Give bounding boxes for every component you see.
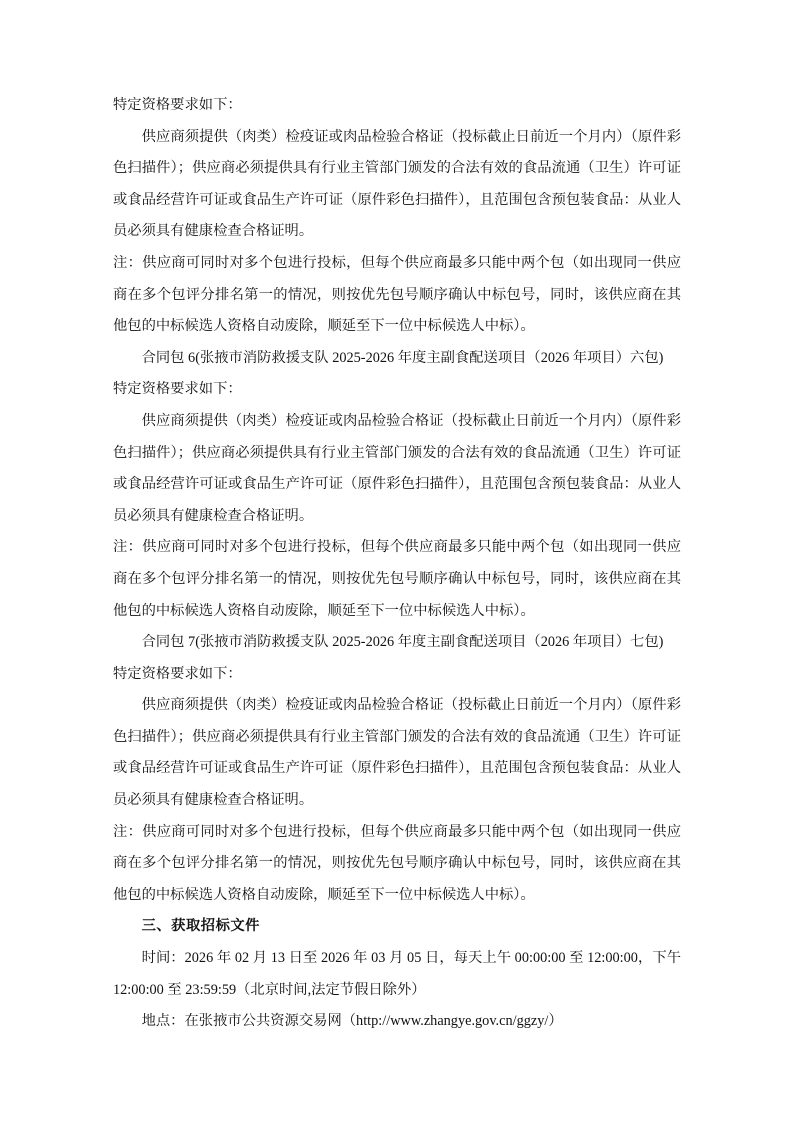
bid-document-location-paragraph: 地点：在张掖市公共资源交易网（http://www.zhangye.gov.cn… <box>113 1006 681 1038</box>
contract-package-7-title: 合同包 7(张掖市消防救援支队 2025-2026 年度主副食配送项目（2026… <box>113 627 681 659</box>
note-paragraph: 注：供应商可同时对多个包进行投标，但每个供应商最多只能中两个包（如出现同一供应商… <box>113 817 681 912</box>
contract-package-6-title: 合同包 6(张掖市消防救援支队 2025-2026 年度主副食配送项目（2026… <box>113 343 681 375</box>
supplier-requirement-paragraph: 供应商须提供（肉类）检疫证或肉品检验合格证（投标截止日前近一个月内）（原件彩色扫… <box>113 122 681 248</box>
document-page: 特定资格要求如下： 供应商须提供（肉类）检疫证或肉品检验合格证（投标截止日前近一… <box>0 0 793 1122</box>
note-paragraph: 注：供应商可同时对多个包进行投标，但每个供应商最多只能中两个包（如出现同一供应商… <box>113 248 681 343</box>
section-heading-obtain-bid-documents: 三、获取招标文件 <box>113 911 681 943</box>
supplier-requirement-paragraph: 供应商须提供（肉类）检疫证或肉品检验合格证（投标截止日前近一个月内）（原件彩色扫… <box>113 406 681 532</box>
bid-document-time-paragraph: 时间：2026 年 02 月 13 日至 2026 年 03 月 05 日，每天… <box>113 943 681 1006</box>
qualification-heading: 特定资格要求如下： <box>113 374 681 406</box>
supplier-requirement-paragraph: 供应商须提供（肉类）检疫证或肉品检验合格证（投标截止日前近一个月内）（原件彩色扫… <box>113 690 681 816</box>
note-paragraph: 注：供应商可同时对多个包进行投标，但每个供应商最多只能中两个包（如出现同一供应商… <box>113 532 681 627</box>
qualification-heading: 特定资格要求如下： <box>113 659 681 691</box>
qualification-heading: 特定资格要求如下： <box>113 90 681 122</box>
